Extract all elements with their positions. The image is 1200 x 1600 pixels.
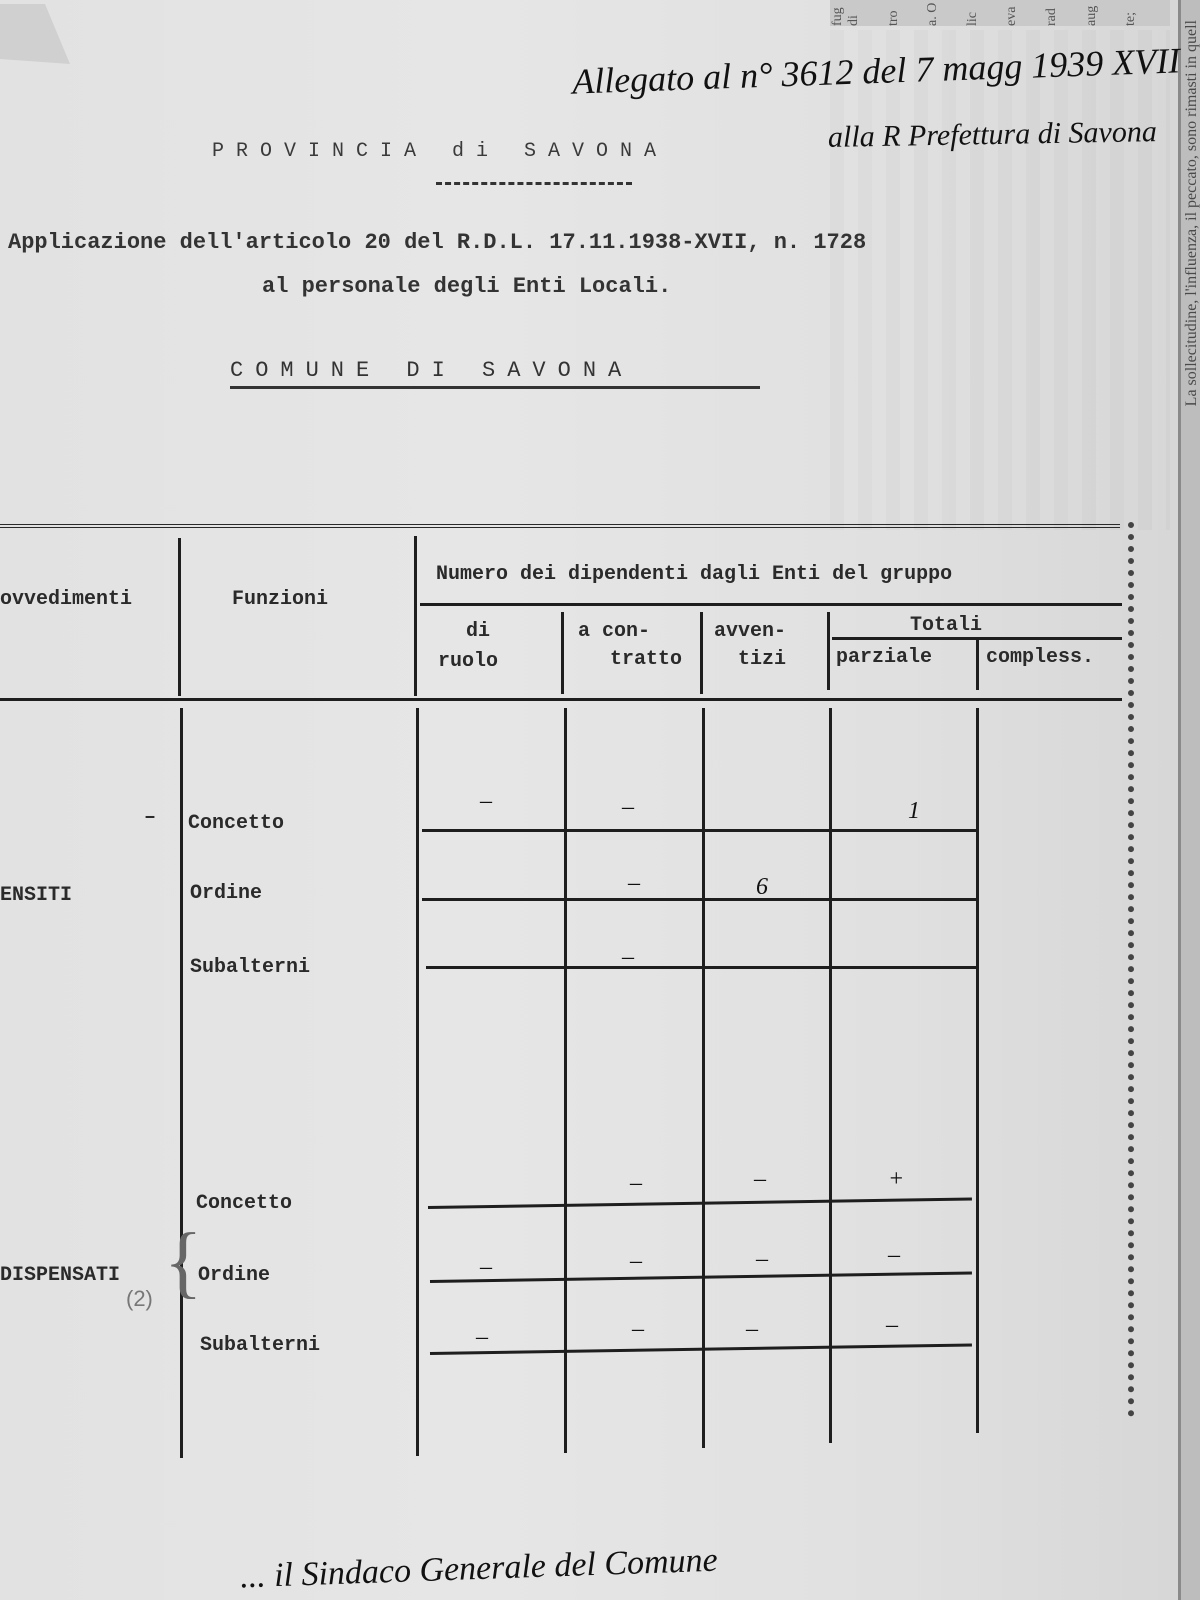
- row-funzione: Subalterni: [190, 956, 310, 979]
- bleed-through-text: [830, 30, 1170, 530]
- col-header-di-ruolo-2: ruolo: [438, 650, 498, 673]
- col-header-avventizi-1: avven-: [714, 620, 786, 643]
- folded-corner: [0, 4, 70, 64]
- row-funzione: Concetto: [188, 812, 284, 835]
- col-divider: [180, 708, 183, 1458]
- province-underline: [436, 182, 632, 185]
- col-divider: [178, 538, 181, 696]
- newspaper-edge-text: La sollecitudine, l'influenza, il peccat…: [1183, 20, 1200, 406]
- cell-value: –: [632, 1316, 644, 1343]
- handwritten-annotation-line2: alla R Prefettura di Savona: [828, 115, 1157, 155]
- row-rule: [430, 1271, 972, 1283]
- document-page: fug di tro a. O lic eva rad aug te; izi …: [0, 0, 1200, 1600]
- cell-value: –: [628, 870, 640, 897]
- col-divider: [976, 640, 979, 690]
- row-rule: [428, 1197, 972, 1209]
- row-rule: [422, 829, 976, 832]
- col-divider: [414, 536, 417, 696]
- cell-value: –: [746, 1316, 758, 1343]
- cell-value: –: [480, 788, 492, 815]
- row-funzione: Ordine: [190, 882, 262, 905]
- province-title: PROVINCIA di SAVONA: [212, 140, 668, 163]
- col-divider: [976, 708, 979, 1433]
- row-rule: [430, 1343, 972, 1355]
- col-header-avventizi-2: tizi: [738, 648, 786, 671]
- cell-value: –: [754, 1166, 766, 1193]
- col-header-complessivo: compless.: [986, 646, 1094, 669]
- col-divider: [416, 708, 419, 1456]
- group-header-rule: [420, 603, 1122, 606]
- col-header-a-contratto-2: tratto: [610, 648, 682, 671]
- table-right-border: [1128, 522, 1134, 1417]
- newspaper-fragment: te;: [1123, 0, 1139, 26]
- header-bottom-rule: [0, 698, 1122, 701]
- col-header-a-contratto-1: a con-: [578, 620, 650, 643]
- cell-value: 6: [756, 874, 768, 901]
- row-rule: [422, 898, 976, 901]
- cell-value: –: [630, 1248, 642, 1275]
- document-title-line1: Applicazione dell'articolo 20 del R.D.L.…: [8, 230, 866, 255]
- background-newspaper-right: La sollecitudine, l'influenza, il peccat…: [1178, 0, 1200, 1600]
- footnote-ref: (2): [126, 1286, 153, 1312]
- cell-value: –: [886, 1312, 898, 1339]
- cell-value: –: [622, 794, 634, 821]
- col-divider: [700, 612, 703, 694]
- newspaper-fragment: rad: [1044, 0, 1060, 26]
- newspaper-fragment: eva: [1004, 0, 1020, 26]
- cell-value: –: [622, 944, 634, 971]
- margin-mark: –: [144, 806, 156, 829]
- cell-value: –: [480, 1254, 492, 1281]
- newspaper-fragment: tro: [886, 0, 902, 26]
- newspaper-fragment: a. O: [925, 0, 941, 26]
- newspaper-fragment: lic: [965, 0, 981, 26]
- cell-value: –: [756, 1246, 768, 1273]
- cell-value: –: [888, 1242, 900, 1269]
- col-header-group: Numero dei dipendenti dagli Enti del gru…: [436, 563, 952, 586]
- comune-title: COMUNE DI SAVONA: [230, 358, 633, 383]
- background-newspaper-top: fug di tro a. O lic eva rad aug te; izi …: [830, 0, 1170, 26]
- group-label-dimessi: ENSITI: [0, 884, 72, 907]
- col-header-parziale: parziale: [836, 646, 932, 669]
- cell-value: –: [476, 1324, 488, 1351]
- col-divider: [829, 708, 832, 1443]
- col-divider: [827, 612, 830, 690]
- row-funzione: Subalterni: [200, 1334, 320, 1357]
- col-header-totali: Totali: [910, 614, 982, 637]
- group-label-dispensati: DISPENSATI: [0, 1264, 120, 1287]
- comune-underline: [230, 386, 760, 389]
- document-title-line2: al personale degli Enti Locali.: [262, 274, 671, 299]
- cell-value: 1: [908, 798, 920, 825]
- col-header-funzioni: Funzioni: [232, 588, 328, 611]
- handwritten-footer: ... il Sindaco Generale del Comune: [239, 1542, 718, 1597]
- cell-value: –: [630, 1170, 642, 1197]
- col-header-di-ruolo-1: di: [466, 620, 490, 643]
- col-divider: [561, 612, 564, 694]
- row-rule: [426, 966, 978, 969]
- cell-value: +: [888, 1166, 904, 1193]
- brace-icon: {: [164, 1222, 202, 1302]
- newspaper-fragment: aug: [1084, 0, 1100, 26]
- row-funzione: Ordine: [198, 1264, 270, 1287]
- col-divider: [702, 708, 705, 1448]
- table-top-rule: [0, 524, 1120, 528]
- col-header-provvedimenti: ovvedimenti: [0, 588, 132, 611]
- row-funzione: Concetto: [196, 1192, 292, 1215]
- col-divider: [564, 708, 567, 1453]
- newspaper-fragment: fug di: [830, 0, 862, 26]
